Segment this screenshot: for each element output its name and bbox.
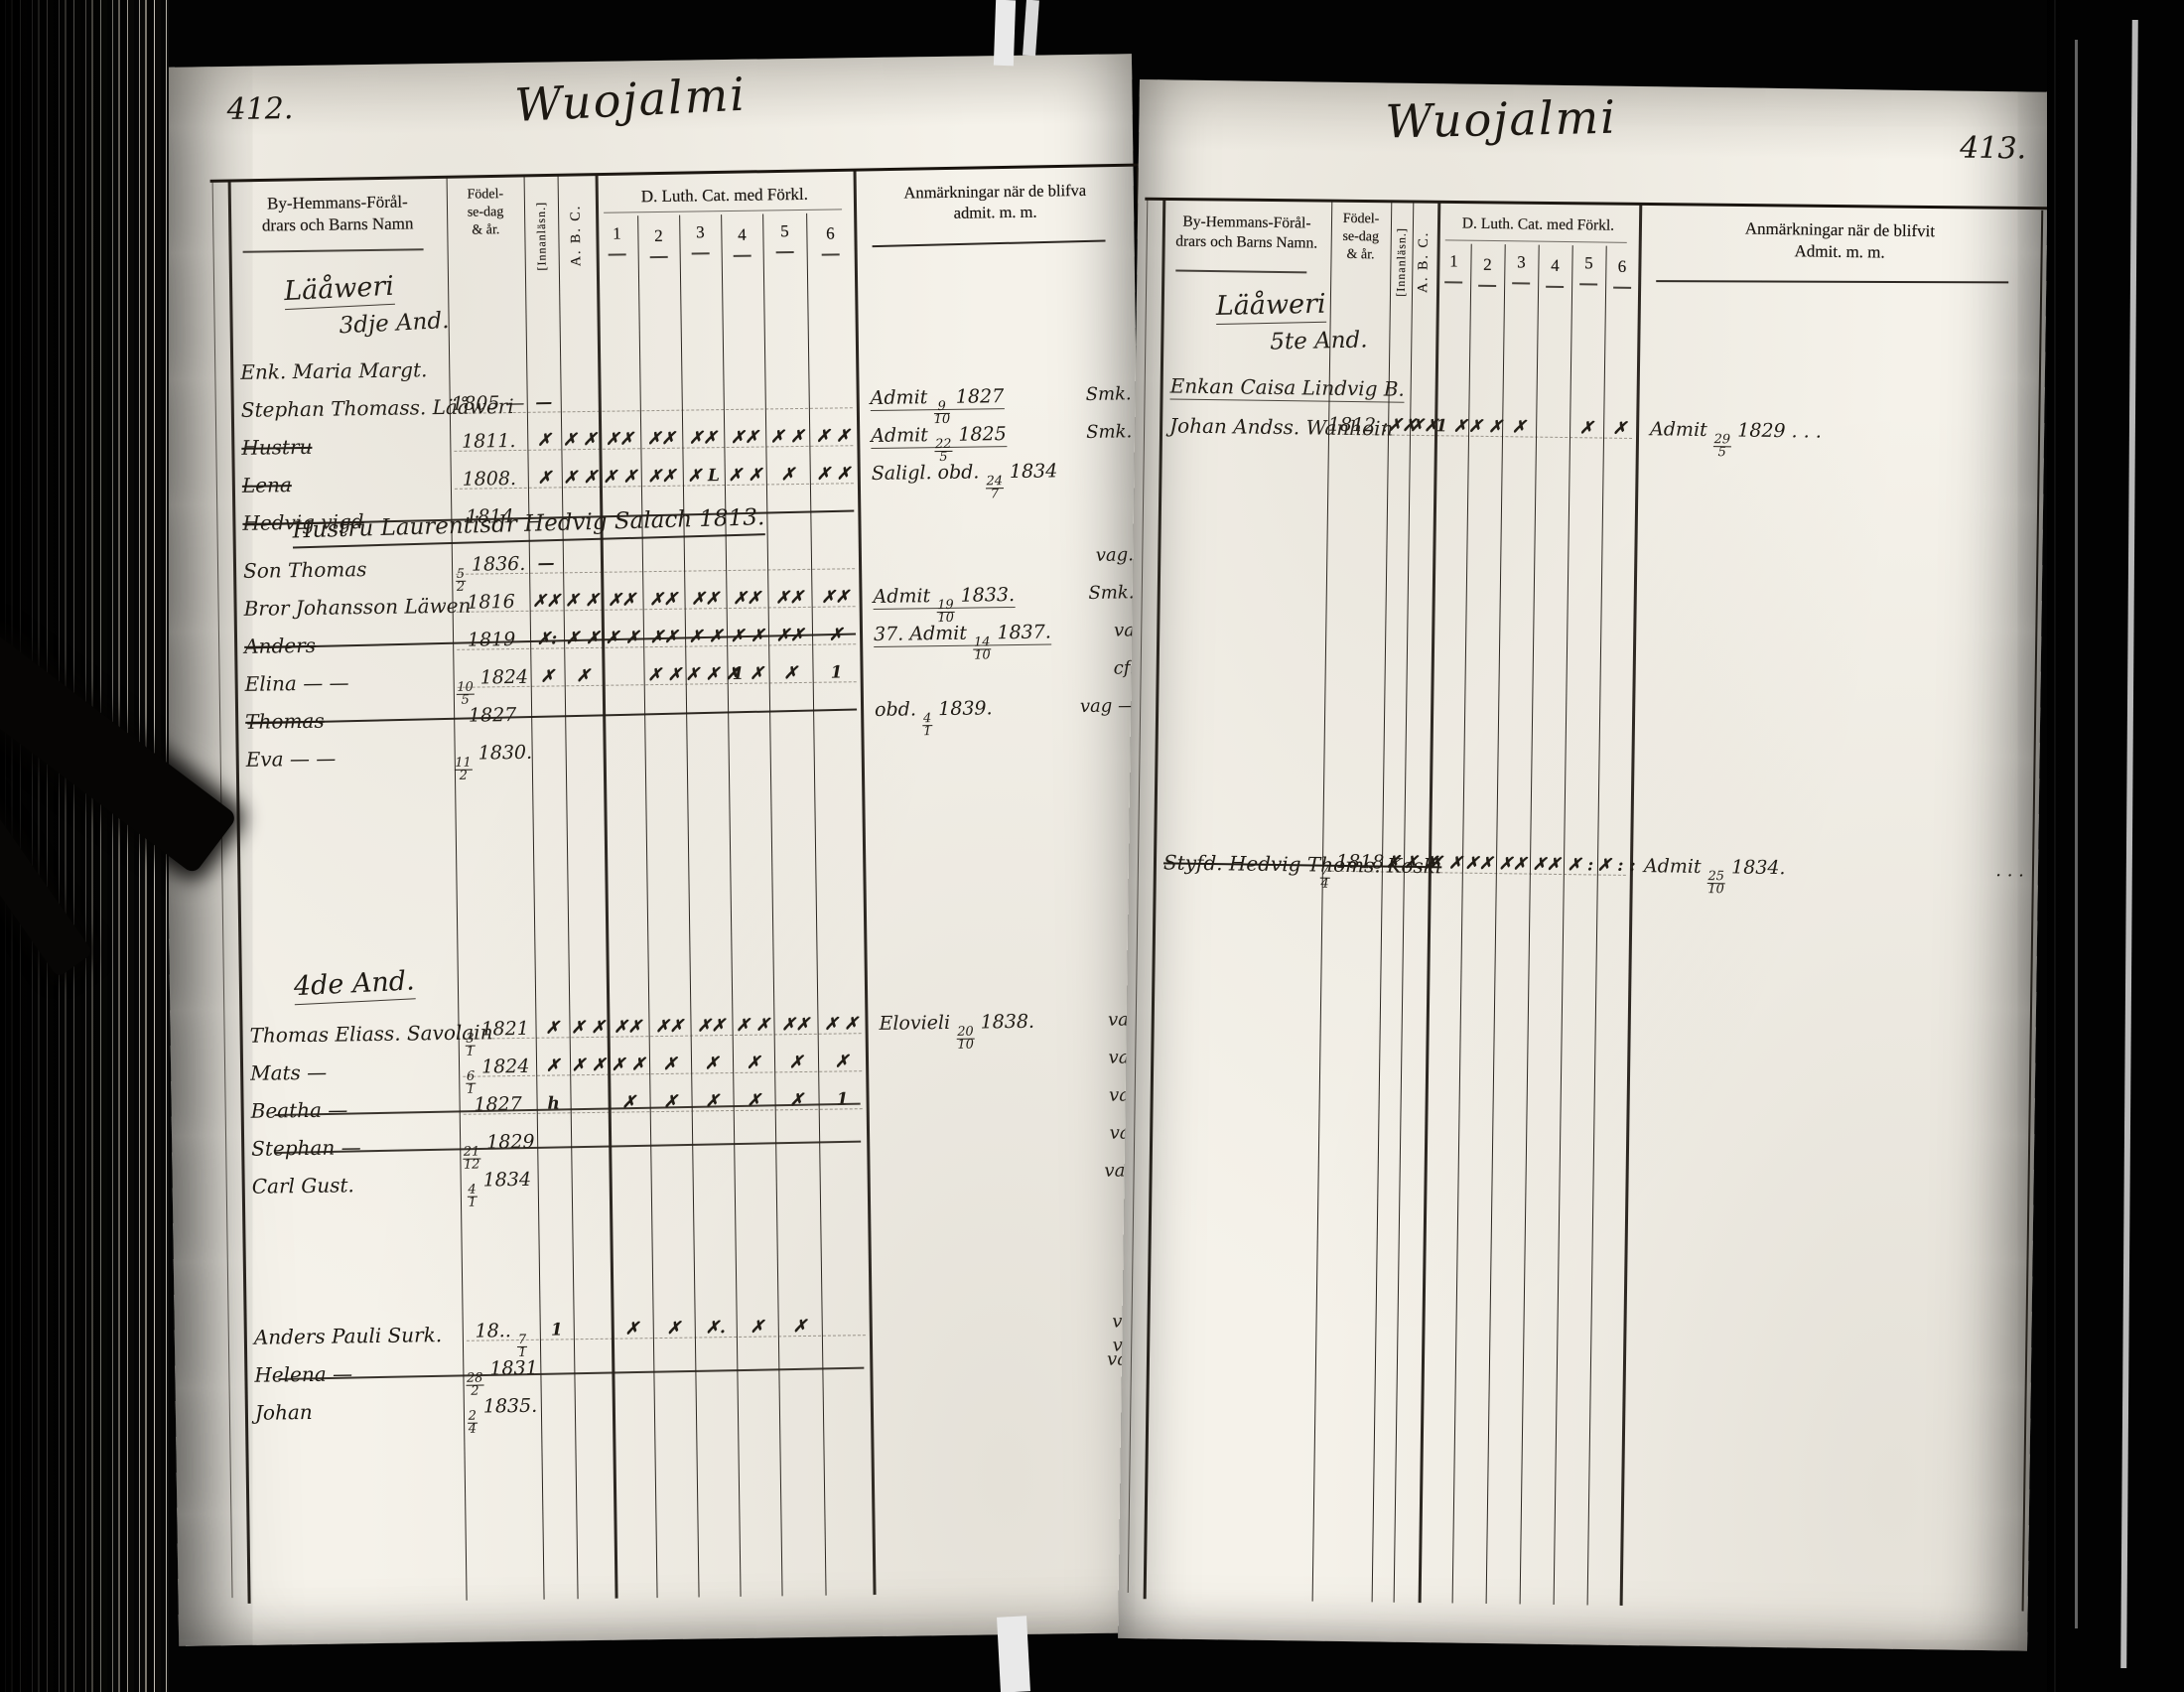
bookmark-ribbon-top [994,0,1016,66]
row-mark: ✗ [818,1052,866,1072]
row-mark: ✗ [691,1054,733,1074]
row-mark: ✗ [535,1018,569,1039]
page-number: 412. [226,91,293,127]
header-cat-number: 6 [1605,257,1638,278]
row-mark: ✗ ✗ [608,1055,649,1075]
section-heading: 4de And. [293,965,415,1003]
row-mark: ✗✗ [773,1015,817,1036]
row-mark: ✗ [649,1055,691,1075]
row-mark: ✗ [778,1317,822,1338]
row-mark: ✗ ✗ [1404,853,1429,874]
row-mark: ✗✗ [724,427,765,448]
row-strike-line [247,709,857,725]
row-remark-tag: cf. [1073,657,1135,679]
header-cat-number: 1 [1436,251,1470,272]
row-remark-tag: . . . [1963,860,2024,882]
row-name: Eva — — [246,747,337,772]
book-scan: 412. Wuojalmi By-Hemmans-Förål-drars och… [0,0,2184,1692]
header-cat-number: 5 [762,221,806,242]
record-table-right: By-Hemmans-Förål-drars och Barns Namn.Fö… [1118,79,2049,1651]
row-name: Elina — — [245,670,349,695]
header-cat-number: 4 [721,224,762,245]
row-name: Enk. Maria Margt. [240,357,427,384]
page-number: 413. [1960,131,2026,167]
row-birth-date: 282 1831 [455,1357,549,1398]
row-mark: ✗✗ [601,590,642,611]
header-innan-col: [Innanläsn.] [1390,208,1414,317]
section-heading: Läåweri [1216,289,1326,324]
header-number-dash [1546,286,1564,288]
header-birth-col: Födel-se-dag& år. [1330,211,1391,265]
section-subheading: 5te And. [1270,328,1368,357]
row-remark-tag: Smk. [1070,421,1132,443]
row-remark-tag: vag. [1072,544,1134,566]
header-cat-number: 1 [596,223,637,244]
row-mark: 1 ✗ [1434,416,1468,437]
row-mark: ✗ ✗ [810,464,858,485]
row-mark: ✗ ✗ [809,426,857,447]
page-edge-highlight [2075,40,2078,1628]
header-number-dash [650,256,668,258]
row-mark: — [527,392,561,413]
row-remark: Elovieli 2010 1838. [879,1011,1034,1052]
row-birth-date: 112 1830. [447,742,541,782]
row-mark: ✗✗ [726,588,767,609]
row-name: Mats — [250,1060,327,1085]
row-mark: ✗ : [1564,855,1597,876]
row-mark: ✗ [528,468,562,489]
row-mark: ✗. [695,1318,737,1339]
row-name: Stephan — [251,1135,361,1161]
row-mark: ✗ ✗ [725,465,766,486]
header-cat-number: 3 [1504,252,1538,273]
header-remarks-col: Anmärkningar när de blifvitAdmit. m. m. [1639,216,2042,266]
row-mark: ✗ ✗ [732,1015,773,1036]
row-mark: ✗ [774,1053,818,1073]
book-page-left: 412. Wuojalmi By-Hemmans-Förål-drars och… [157,54,1154,1646]
row-mark: ✗ [733,1090,774,1111]
row-mark: ✗ L [683,466,725,487]
row-name: Anders Pauli Surk. [254,1323,443,1349]
row-mark: ✗ [653,1319,695,1339]
right-page-edges [2047,0,2184,1692]
row-mark: ✗✗ [690,1016,732,1037]
header-number-dash [692,252,710,254]
header-abc-col: A. B. C. [558,181,598,291]
header-name-col: By-Hemmans-Förål-drars och Barns Namn. [1162,211,1332,254]
row-name: Bror Johansson Läwen [243,594,471,621]
row-name: Hustru [241,435,312,460]
page-title: Wuojalmi [513,68,748,132]
table-top-rule [1145,198,2059,211]
row-overwrite: Hustru Laurentisdr Hedvig Salach 1813. [292,507,764,544]
row-mark: ✗ [766,465,810,486]
bookmark-ribbon-bottom [997,1616,1030,1692]
row-remark-tag: Smk. [1070,383,1132,405]
header-number-dash [1579,283,1597,285]
row-mark: ✗ [1570,418,1603,439]
row-mark: ✗ ✗ [569,1018,607,1039]
row-remark: Admit 2510 1834. [1644,855,1786,896]
row-mark: ✗ [564,666,602,687]
row-mark: ✗ ✗ [765,427,809,448]
row-mark: — [529,553,563,574]
header-cat-number: 2 [637,226,679,247]
section-subheading: 3dje And. [339,308,450,341]
row-name: Carl Gust. [252,1173,354,1198]
row-mark: ✗ [612,1319,653,1339]
header-remarks-col: Anmärkningar när de blifvaadmit. m. m. [854,179,1138,225]
row-mark: ✗ : : [1597,856,1630,877]
header-name-underline [1175,270,1306,273]
row-mark: ✗ [536,1056,570,1076]
row-mark: ✗✗ [1462,854,1496,875]
page-title: Wuojalmi [1385,90,1618,149]
row-mark: 1 [818,1089,866,1110]
row-name: Lena [242,473,292,497]
row-remark: Admit 295 1829 . . . [1650,418,1822,460]
row-rule-line [278,1367,864,1380]
row-birth-date: 24 1835. [456,1395,550,1436]
header-cat-number: 5 [1571,253,1605,274]
row-mark: ✗ [1603,419,1636,440]
row-name: Beatha — [251,1097,348,1122]
row-mark: ✗ [691,1091,733,1112]
header-cat-number: 2 [1470,255,1504,276]
row-birth-date: 2112 1829 [452,1131,546,1172]
row-mark: ✗✗ [640,429,682,450]
bookmark-ribbon-top [1023,0,1039,56]
header-abc-col: A. B. C. [1412,208,1438,317]
row-mark: ✗ ✗ [600,467,641,488]
row-mark: ✗ [737,1317,778,1338]
row-mark: ✗ [768,663,812,684]
row-mark: ✗ [774,1090,818,1111]
header-number-dash [734,255,751,257]
header-cat-number: 6 [806,223,854,244]
book-page-right: 413. Wuojalmi By-Hemmans-Förål-drars och… [1118,79,2049,1651]
row-mark: ✗✗ [607,1017,648,1038]
row-mark: ✗✗ [1388,416,1410,437]
row-remark: obd. 41 1839. [875,697,993,738]
header-cat-number: 4 [1538,256,1571,277]
row-mark: ✗✗ [811,587,859,608]
row-remark-tag: Smk. [1072,582,1134,604]
row-mark: ✗ ✗ [1468,417,1502,438]
header-cat-col: D. Luth. Cat. med Förkl. [596,183,854,209]
row-mark: ✗ [733,1053,774,1073]
row-mark: ✗✗ [642,590,684,611]
row-mark: ✗ [530,666,564,687]
header-cat-number: 3 [679,222,721,243]
row-mark: ✗✗ [1410,416,1434,437]
header-cat-underline [1445,239,1627,243]
header-number-dash [1613,287,1631,289]
row-remark-tag: vag — [1074,695,1136,717]
row-mark: ✗✗ [1530,855,1564,876]
row-rule-line [275,1141,861,1154]
header-name-col: By-Hemmans-Förål-drars och Barns Namn [228,191,448,237]
row-mark: ✗ ✗ [1429,853,1462,874]
header-number-dash [776,251,794,253]
header-innan-col: [Innanläsn.] [524,181,560,290]
row-mark: ✗ ✗ ✗ [685,664,727,685]
row-mark: ✗ ✗ [561,430,599,451]
header-number-dash [1512,282,1530,284]
header-number-dash [1478,285,1496,287]
row-mark: ✗✗ [641,467,683,488]
row-remark: Admit 225 1825 [871,423,1007,464]
row-mark: 1 [812,662,860,683]
row-mark: ✗ ✗ [643,665,685,686]
book-spine-page-edges [0,0,169,1692]
row-mark: ✗✗ [529,591,563,612]
row-remark-tag: va [1073,620,1135,641]
header-remarks-underline [873,239,1106,247]
row-mark: ✗ ✗ [817,1014,865,1035]
row-remark: Admit 910 1827 [871,385,1005,426]
row-name: Enkan Caisa Lindvig B. [1170,373,1406,402]
table-row: Styfd. Hedvig Thoms. Koski74 1818✗✗ ✗✗ ✗… [1129,846,2032,899]
row-remark: Admit 1910 1833. [873,584,1015,625]
row-mark: ✗ [1382,852,1404,873]
header-number-dash [822,253,840,255]
row-mark: ✗ [649,1092,691,1113]
row-mark: ✗ ✗ [570,1056,608,1076]
row-mark: 1 [540,1320,574,1340]
row-name: Helena — [254,1361,352,1386]
row-mark: ✗✗ [767,588,811,609]
header-name-underline [243,248,424,252]
row-mark: 1 ✗ [727,663,768,684]
row-name: Son Thomas [243,557,367,583]
header-cat-col: D. Luth. Cat. med Förkl. [1437,213,1639,236]
header-number-dash [1444,281,1462,283]
row-mark: ✗✗ [682,428,724,449]
row-mark: ✗✗ [684,589,726,610]
row-mark: ✗✗ [599,429,640,450]
header-birth-col: Födel-se-dag& år. [447,186,525,241]
row-mark: ✗✗ [648,1017,690,1038]
row-mark: h [536,1093,570,1114]
section-heading: Läåweri [283,271,394,309]
row-mark: ✗ [1502,417,1536,438]
row-mark: ✗ [527,430,561,451]
header-number-dash [609,253,626,255]
header-remarks-underline [1656,280,2008,283]
row-mark: ✗ ✗ [562,468,600,489]
row-name: Johan [255,1400,313,1425]
row-mark: ✗ [608,1092,649,1113]
row-mark: ✗ ✗ [563,591,601,612]
record-table-left: By-Hemmans-Förål-drars och Barns NamnFöd… [157,54,1154,1646]
row-mark: ✗✗ [1496,854,1530,875]
row-birth-date: 41 1834 [453,1169,547,1209]
